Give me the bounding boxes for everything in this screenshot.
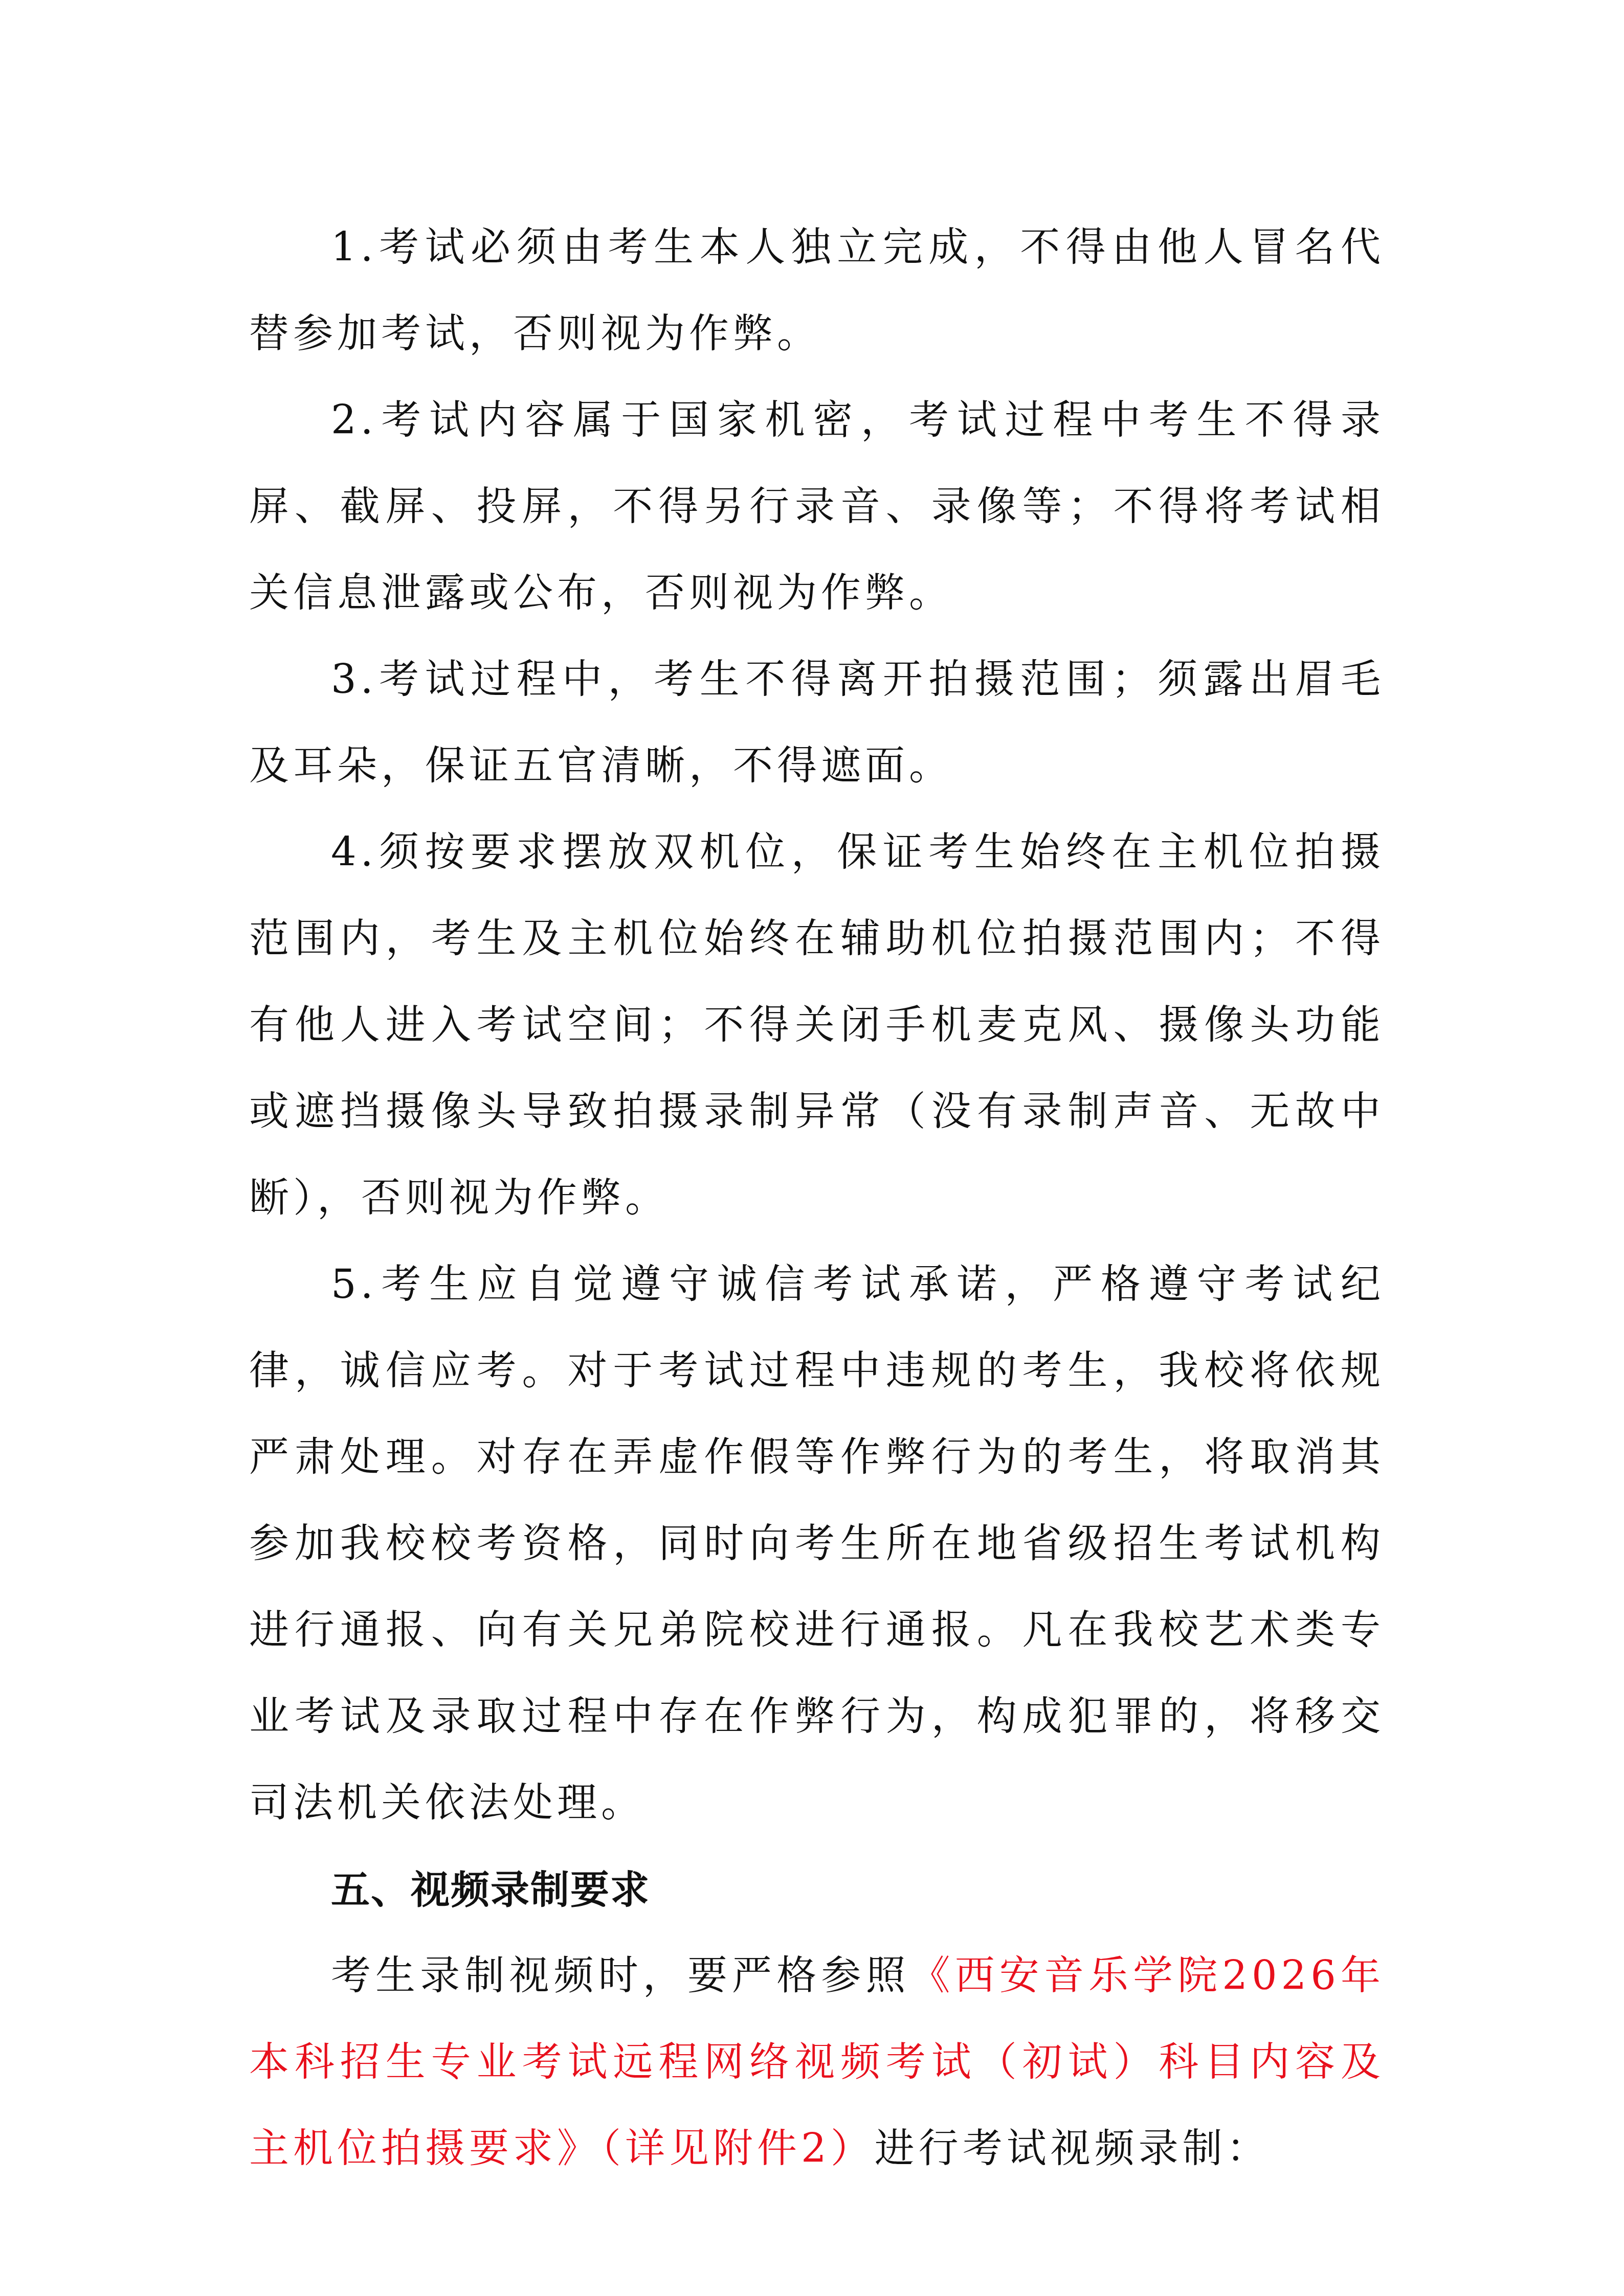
rule-text: 考试内容属于国家机密，考试过程中考生不得录屏、截屏、投屏，不得另行录音、录像等；… <box>249 397 1385 616</box>
rule-text: 考试必须由考生本人独立完成，不得由他人冒名代替参加考试，否则视为作弊。 <box>249 224 1385 357</box>
rule-number: 2. <box>331 397 377 443</box>
closing-paragraph: 考生录制视频时，要严格参照《西安音乐学院2026年本科招生专业考试远程网络视频考… <box>249 1933 1385 2192</box>
rule-5: 5.考生应自觉遵守诚信考试承诺，严格遵守考试纪律，诚信应考。对于考试过程中违规的… <box>249 1242 1385 1847</box>
rule-text: 考试过程中，考生不得离开拍摄范围；须露出眉毛及耳朵，保证五官清晰，不得遮面。 <box>249 657 1385 789</box>
rule-2: 2.考试内容属于国家机密，考试过程中考生不得录屏、截屏、投屏，不得另行录音、录像… <box>249 377 1385 637</box>
closing-prefix: 考生录制视频时，要严格参照 <box>331 1953 910 1999</box>
section-heading: 五、视频录制要求 <box>249 1847 1385 1933</box>
rule-number: 3. <box>331 657 377 703</box>
rule-text: 须按要求摆放双机位，保证考生始终在主机位拍摄范围内，考生及主机位始终在辅助机位拍… <box>249 829 1385 1221</box>
rule-number: 4. <box>331 829 377 875</box>
closing-suffix: 进行考试视频录制： <box>875 2126 1271 2172</box>
rule-3: 3.考试过程中，考生不得离开拍摄范围；须露出眉毛及耳朵，保证五官清晰，不得遮面。 <box>249 637 1385 809</box>
rule-text: 考生应自觉遵守诚信考试承诺，严格遵守考试纪律，诚信应考。对于考试过程中违规的考生… <box>249 1262 1385 1826</box>
rule-number: 5. <box>331 1262 377 1308</box>
rule-1: 1.考试必须由考生本人独立完成，不得由他人冒名代替参加考试，否则视为作弊。 <box>249 205 1385 377</box>
rule-number: 1. <box>331 224 377 271</box>
document-page: 1.考试必须由考生本人独立完成，不得由他人冒名代替参加考试，否则视为作弊。 2.… <box>249 205 1385 2192</box>
rule-4: 4.须按要求摆放双机位，保证考生始终在主机位拍摄范围内，考生及主机位始终在辅助机… <box>249 809 1385 1242</box>
